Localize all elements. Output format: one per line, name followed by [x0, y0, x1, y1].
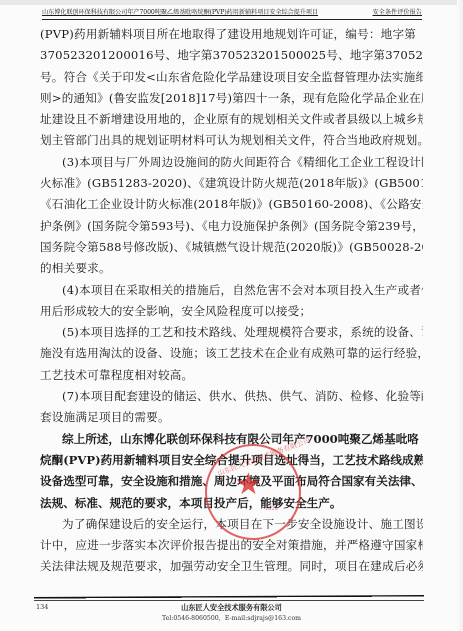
text-line: (7)本项目配套建设的储运、供水、供热、供气、消防、检修、化验等配	[40, 386, 423, 407]
footer-divider-thin	[34, 600, 424, 601]
footer-company-name: 山东匠人安全技术服务有限公司	[0, 603, 463, 613]
text-line: 《石油化工企业设计防火标准(2018年版)》(GB50160-2008)、《公路…	[40, 194, 423, 215]
text-line: (PVP)药用新辅料项目所在地取得了建设用地规划许可证，编号：地字第	[40, 24, 423, 45]
text-line: 工艺技术可靠程度相对较高。	[40, 365, 423, 386]
text-line: 则>的通知》(鲁安监发[2018]17号)第四十一条，现有危险化学品企业在原厂	[40, 88, 423, 109]
text-line: 烷酮(PVP)药用新辅料项目安全综合提升项目选址得当，工艺技术路线成熟，	[40, 450, 423, 471]
text-line: 国务院令第588号修改版)、《城镇燃气设计规范(2020版)》(GB50028-…	[40, 237, 423, 258]
text-line: 划主管部门出具的规划证明材料可认为规划相关文件，符合当地政府规划。	[40, 130, 423, 151]
text-line: 为了确保建设后的安全运行，本项目在下一步安全设施设计、施工图设	[40, 514, 423, 535]
text-line: (3)本项目与厂外周边设施间的防火间距符合《精细化工企业工程设计防	[40, 152, 423, 173]
text-line: 的相关要求。	[40, 258, 423, 279]
page-edge-shadow	[457, 0, 463, 631]
page-header: 山东博化联创环保科技有限公司年产7000吨聚乙烯基吡咯烷酮(PVP)药用新辅料项…	[42, 7, 422, 20]
text-line: 综上所述，山东博化联创环保科技有限公司年产7000吨聚乙烯基吡咯	[40, 429, 423, 450]
body-text: (PVP)药用新辅料项目所在地取得了建设用地规划许可证，编号：地字第370523…	[40, 24, 423, 578]
text-line: 施没有选用淘汰的设备、设施；该工艺技术在企业有成熟可靠的运行经验，	[40, 343, 423, 364]
header-report-type: 安全条件评价报告	[373, 7, 423, 19]
text-line: 址建设且不新增建设用地的，企业原有的规划相关文件或者县级以上城乡规	[40, 109, 423, 130]
text-line: (5)本项目选择的工艺和技术路线、处理规模符合要求，系统的设备、设	[40, 322, 423, 343]
text-line: 用后形成较大的安全影响，安全风险程度可以接受；	[40, 301, 423, 322]
text-line: 关法律法规及规范要求，加强劳动安全卫生管理。同时，项目在建成后必须	[40, 556, 423, 577]
header-project-title: 山东博化联创环保科技有限公司年产7000吨聚乙烯基吡咯烷酮(PVP)药用新辅料项…	[42, 7, 318, 19]
text-line: 计中，应进一步落实本次评价报告提出的安全对策措施，并严格遵守国家相	[40, 535, 423, 556]
text-line: 套设施满足项目的需要。	[40, 407, 423, 428]
footer-contact-info: Tel:0546-8060500，E-mail:sdjrajs@163.com	[0, 613, 463, 622]
document-page: 山东博化联创环保科技有限公司年产7000吨聚乙烯基吡咯烷酮(PVP)药用新辅料项…	[0, 0, 463, 631]
text-line: (4)本项目在采取相关的措施后，自然危害不会对本项目投入生产或者使	[40, 280, 423, 301]
text-line: 法规、标准、规范的要求，本项目投产后，能够安全生产。	[40, 493, 423, 514]
text-line: 370523201200016号、地字第370523201500025号、地字第…	[40, 45, 423, 66]
text-line: 设备选型可靠，安全设施和措施、周边环境及平面布局符合国家有关法律、	[40, 471, 423, 492]
text-line: 护条例》(国务院令第593号)、《电力设施保护条例》(国务院令第239号，	[40, 216, 423, 237]
top-margin	[0, 0, 463, 5]
text-line: 号。符合《关于印发<山东省危险化学品建设项目安全监督管理办法实施细	[40, 67, 423, 88]
text-line: 火标准》(GB51283-2020)、《建筑设计防火规范(2018年版)》(GB…	[40, 173, 423, 194]
